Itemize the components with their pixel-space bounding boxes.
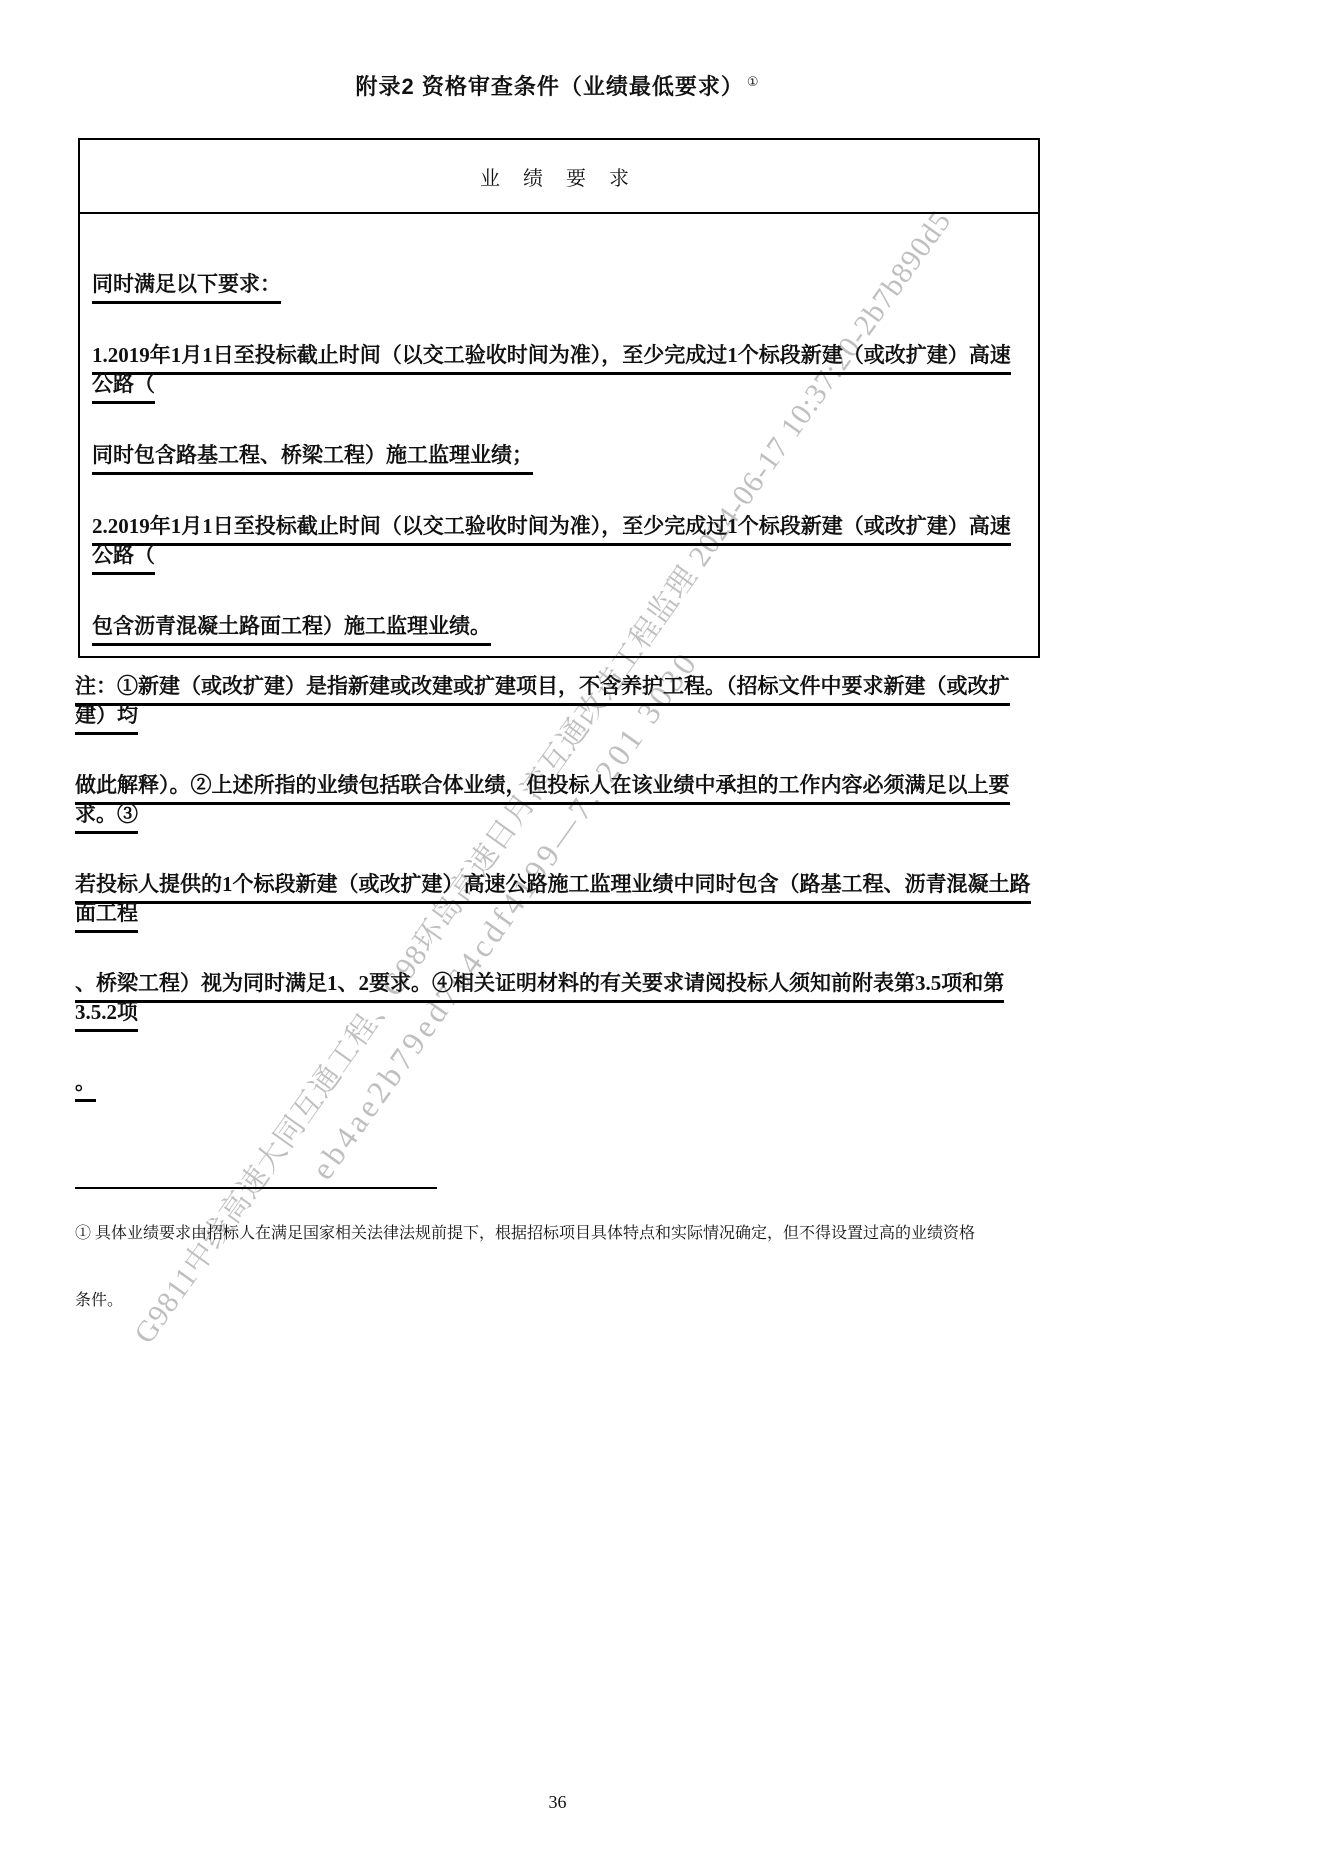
note-line-2: 做此解释）。②上述所指的业绩包括联合体业绩，但投标人在该业绩中承担的工作内容必须… <box>75 773 1010 834</box>
requirement-intro-text: 同时满足以下要求： <box>92 272 281 304</box>
footnote-separator <box>75 1187 437 1189</box>
footnote-line-1: ① 具体业绩要求由招标人在满足国家相关法律法规前提下，根据招标项目具体特点和实际… <box>75 1222 1040 1246</box>
footnote-line-2: 条件。 <box>75 1289 1040 1313</box>
note-section: 注：①新建（或改扩建）是指新建或改建或扩建项目，不含养护工程。（招标文件中要求新… <box>75 672 1040 1138</box>
note-line-1: 注：①新建（或改扩建）是指新建或改建或扩建项目，不含养护工程。（招标文件中要求新… <box>75 674 1010 735</box>
note-line: 。 <box>75 1068 1040 1097</box>
note-line-3: 若投标人提供的1个标段新建（或改扩建）高速公路施工监理业绩中同时包含（路基工程、… <box>75 872 1031 933</box>
requirement-1-line-2: 同时包含路基工程、桥梁工程）施工监理业绩； <box>92 443 533 475</box>
note-line: 做此解释）。②上述所指的业绩包括联合体业绩，但投标人在该业绩中承担的工作内容必须… <box>75 771 1040 829</box>
table-row: 同时包含路基工程、桥梁工程）施工监理业绩； <box>92 441 1026 470</box>
table-row: 1.2019年1月1日至投标截止时间（以交工验收时间为准），至少完成过1个标段新… <box>92 341 1026 399</box>
note-line-5: 。 <box>75 1070 96 1102</box>
table-row: 2.2019年1月1日至投标截止时间（以交工验收时间为准），至少完成过1个标段新… <box>92 512 1026 570</box>
performance-requirements-table: 业 绩 要 求 同时满足以下要求： 1.2019年1月1日至投标截止时间（以交工… <box>78 138 1040 658</box>
table-row: 同时满足以下要求： <box>92 270 1026 299</box>
page-title: 附录2 资格审查条件（业绩最低要求）① <box>75 70 1040 101</box>
note-line: 、桥梁工程）视为同时满足1、2要求。④相关证明材料的有关要求请阅投标人须知前附表… <box>75 969 1040 1027</box>
table-body-cell: 同时满足以下要求： 1.2019年1月1日至投标截止时间（以交工验收时间为准），… <box>80 214 1038 641</box>
note-line-4: 、桥梁工程）视为同时满足1、2要求。④相关证明材料的有关要求请阅投标人须知前附表… <box>75 971 1004 1032</box>
table-header-label: 业 绩 要 求 <box>480 162 638 191</box>
title-footnote-ref: ① <box>747 74 760 89</box>
footnote-section: ① 具体业绩要求由招标人在满足国家相关法律法规前提下，根据招标项目具体特点和实际… <box>75 1222 1040 1356</box>
table-header-row: 业 绩 要 求 <box>80 140 1038 214</box>
note-line: 注：①新建（或改扩建）是指新建或改建或扩建项目，不含养护工程。（招标文件中要求新… <box>75 672 1040 730</box>
page-title-text: 附录2 资格审查条件（业绩最低要求） <box>355 74 743 99</box>
requirement-2-line-2: 包含沥青混凝土路面工程）施工监理业绩。 <box>92 614 491 646</box>
note-line: 若投标人提供的1个标段新建（或改扩建）高速公路施工监理业绩中同时包含（路基工程、… <box>75 870 1040 928</box>
document-page: G9811中线高速大同互通工程、G98环岛高速日月湾互通改造工程监理 2024-… <box>0 0 1322 1871</box>
page-number: 36 <box>75 1792 1040 1813</box>
requirement-1-line-1: 1.2019年1月1日至投标截止时间（以交工验收时间为准），至少完成过1个标段新… <box>92 343 1011 404</box>
requirement-2-line-1: 2.2019年1月1日至投标截止时间（以交工验收时间为准），至少完成过1个标段新… <box>92 514 1011 575</box>
table-row: 包含沥青混凝土路面工程）施工监理业绩。 <box>92 612 1026 641</box>
